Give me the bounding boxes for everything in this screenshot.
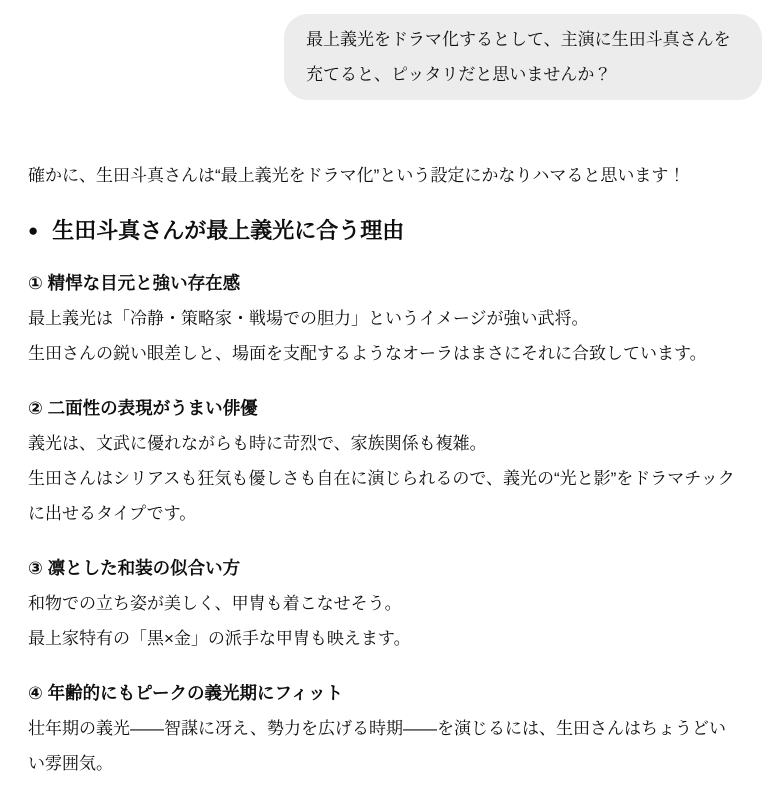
chat-page: 最上義光をドラマ化するとして、主演に生田斗真さんを充てると、ピッタリだと思いませ…: [0, 0, 780, 803]
section-3-line-1: 和物での立ち姿が美しく、甲冑も着こなせそう。: [28, 586, 740, 621]
user-message-bubble: 最上義光をドラマ化するとして、主演に生田斗真さんを充てると、ピッタリだと思いませ…: [284, 14, 762, 100]
main-heading: ● 生田斗真さんが最上義光に合う理由: [28, 216, 740, 246]
bullet-icon: ●: [28, 216, 38, 246]
reason-section-1: ① 精悍な目元と強い存在感 最上義光は「冷静・策略家・戦場での胆力」というイメー…: [28, 266, 740, 371]
section-1-line-1: 最上義光は「冷静・策略家・戦場での胆力」というイメージが強い武将。: [28, 301, 740, 336]
user-message-text: 最上義光をドラマ化するとして、主演に生田斗真さんを充てると、ピッタリだと思いませ…: [306, 30, 731, 84]
section-4-line-1: 壮年期の義光——智謀に冴え、勢力を広げる時期——を演じるには、生田さんはちょうど…: [28, 711, 740, 781]
main-heading-text: 生田斗真さんが最上義光に合う理由: [52, 216, 404, 246]
section-3-line-2: 最上家特有の「黒×金」の派手な甲冑も映えます。: [28, 621, 740, 656]
section-2-line-1: 義光は、文武に優れながらも時に苛烈で、家族関係も複雑。: [28, 426, 740, 461]
section-3-title: ③ 凛とした和装の似合い方: [28, 551, 740, 586]
assistant-intro-text: 確かに、生田斗真さんは“最上義光をドラマ化”という設定にかなりハマると思います！: [28, 158, 740, 193]
section-2-line-2: 生田さんはシリアスも狂気も優しさも自在に演じられるので、義光の“光と影”をドラマ…: [28, 461, 740, 531]
user-message-row: 最上義光をドラマ化するとして、主演に生田斗真さんを充てると、ピッタリだと思いませ…: [0, 0, 780, 100]
reason-section-2: ② 二面性の表現がうまい俳優 義光は、文武に優れながらも時に苛烈で、家族関係も複…: [28, 391, 740, 531]
reason-section-4: ④ 年齢的にもピークの義光期にフィット 壮年期の義光——智謀に冴え、勢力を広げる…: [28, 676, 740, 781]
section-1-title: ① 精悍な目元と強い存在感: [28, 266, 740, 301]
assistant-message: 確かに、生田斗真さんは“最上義光をドラマ化”という設定にかなりハマると思います！…: [0, 100, 780, 781]
section-4-title: ④ 年齢的にもピークの義光期にフィット: [28, 676, 740, 711]
section-1-line-2: 生田さんの鋭い眼差しと、場面を支配するようなオーラはまさにそれに合致しています。: [28, 336, 740, 371]
section-2-title: ② 二面性の表現がうまい俳優: [28, 391, 740, 426]
reason-section-3: ③ 凛とした和装の似合い方 和物での立ち姿が美しく、甲冑も着こなせそう。 最上家…: [28, 551, 740, 656]
